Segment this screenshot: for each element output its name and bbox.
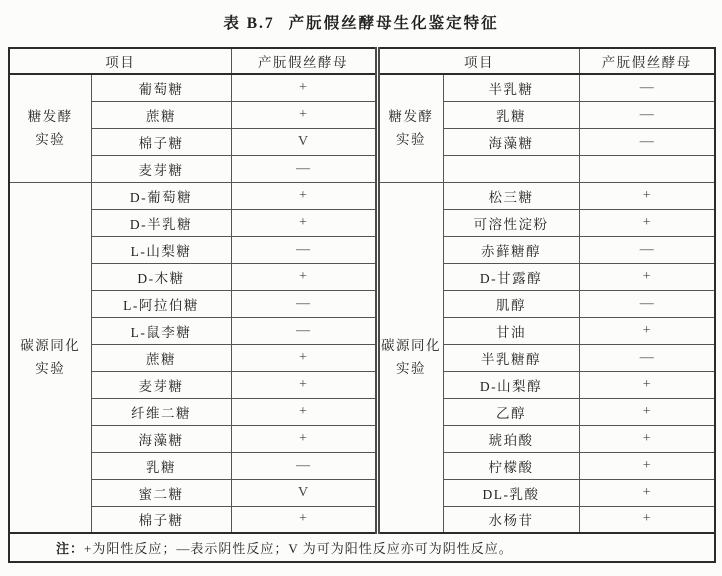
item-cell: 可溶性淀粉 — [443, 209, 579, 236]
item-cell: 松三糖 — [443, 182, 579, 209]
value-cell: — — [231, 155, 377, 182]
item-cell: 海藻糖 — [91, 425, 231, 452]
item-cell: L-鼠李糖 — [91, 317, 231, 344]
value-cell: + — [579, 452, 715, 479]
header-item-left: 项目 — [9, 48, 231, 74]
item-cell: 赤藓糖醇 — [443, 236, 579, 263]
header-strain-right: 产朊假丝酵母 — [579, 48, 715, 74]
item-cell: 水杨苷 — [443, 506, 579, 533]
value-cell: — — [231, 290, 377, 317]
value-cell: + — [579, 209, 715, 236]
value-cell: + — [579, 263, 715, 290]
value-cell: + — [579, 317, 715, 344]
item-cell: 棉子糖 — [91, 128, 231, 155]
value-cell: — — [231, 236, 377, 263]
table-row: 碳源同化 实验 D-葡萄糖 + 碳源同化 实验 松三糖 + — [9, 182, 715, 209]
table-row: 糖发酵 实验 葡萄糖 + 糖发酵 实验 半乳糖 — — [9, 74, 715, 101]
table-row: 麦芽糖 + D-山梨醇 + — [9, 371, 715, 398]
value-cell: V — [231, 128, 377, 155]
biochem-table: 项目 产朊假丝酵母 项目 产朊假丝酵母 糖发酵 实验 葡萄糖 + 糖发酵 实验 … — [8, 47, 716, 563]
item-cell-empty — [443, 155, 579, 182]
item-cell: D-葡萄糖 — [91, 182, 231, 209]
table-row: 棉子糖 + 水杨苷 + — [9, 506, 715, 533]
category-cell-assimilation-left: 碳源同化 实验 — [9, 182, 91, 533]
item-cell: 麦芽糖 — [91, 155, 231, 182]
table-row: 乳糖 — 柠檬酸 + — [9, 452, 715, 479]
item-cell: 蔗糖 — [91, 101, 231, 128]
item-cell: D-木糖 — [91, 263, 231, 290]
item-cell: D-山梨醇 — [443, 371, 579, 398]
table-row: 蔗糖 + 乳糖 — — [9, 101, 715, 128]
value-cell: + — [231, 371, 377, 398]
value-cell: + — [231, 398, 377, 425]
category-cell-assimilation-right: 碳源同化 实验 — [377, 182, 443, 533]
footnote-label: 注： — [56, 541, 84, 556]
table-row: D-半乳糖 + 可溶性淀粉 + — [9, 209, 715, 236]
item-cell: 蜜二糖 — [91, 479, 231, 506]
category-cell-fermentation-right: 糖发酵 实验 — [377, 74, 443, 182]
value-cell: V — [231, 479, 377, 506]
item-cell: 乳糖 — [443, 101, 579, 128]
item-cell: 甘油 — [443, 317, 579, 344]
value-cell: — — [231, 317, 377, 344]
item-cell: 柠檬酸 — [443, 452, 579, 479]
value-cell-empty — [579, 155, 715, 182]
table-row: 海藻糖 + 琥珀酸 + — [9, 425, 715, 452]
footnote: 注：+为阳性反应；—表示阴性反应；V 为可为阳性反应亦可为阴性反应。 — [9, 533, 715, 562]
item-cell: 葡萄糖 — [91, 74, 231, 101]
table-row: 蔗糖 + 半乳糖醇 — — [9, 344, 715, 371]
value-cell: + — [579, 425, 715, 452]
header-item-right: 项目 — [377, 48, 579, 74]
header-row: 项目 产朊假丝酵母 项目 产朊假丝酵母 — [9, 48, 715, 74]
item-cell: 纤维二糖 — [91, 398, 231, 425]
header-strain-left: 产朊假丝酵母 — [231, 48, 377, 74]
value-cell: + — [579, 182, 715, 209]
item-cell: 棉子糖 — [91, 506, 231, 533]
value-cell: — — [579, 290, 715, 317]
value-cell: + — [231, 209, 377, 236]
page-title: 表 B.7产朊假丝酵母生化鉴定特征 — [8, 8, 714, 33]
category-cell-fermentation-left: 糖发酵 实验 — [9, 74, 91, 182]
value-cell: + — [231, 425, 377, 452]
item-cell: 乳糖 — [91, 452, 231, 479]
table-row: L-鼠李糖 — 甘油 + — [9, 317, 715, 344]
item-cell: L-阿拉伯糖 — [91, 290, 231, 317]
item-cell: 麦芽糖 — [91, 371, 231, 398]
table-row: L-山梨糖 — 赤藓糖醇 — — [9, 236, 715, 263]
value-cell: + — [579, 398, 715, 425]
table-row: 纤维二糖 + 乙醇 + — [9, 398, 715, 425]
footnote-row: 注：+为阳性反应；—表示阴性反应；V 为可为阳性反应亦可为阴性反应。 — [9, 533, 715, 562]
item-cell: D-甘露醇 — [443, 263, 579, 290]
value-cell: — — [579, 128, 715, 155]
value-cell: + — [231, 74, 377, 101]
value-cell: + — [231, 506, 377, 533]
item-cell: 乙醇 — [443, 398, 579, 425]
value-cell: + — [579, 371, 715, 398]
document-page: 表 B.7产朊假丝酵母生化鉴定特征 项目 产朊假丝酵母 项目 产朊假丝酵母 糖发… — [0, 0, 722, 576]
value-cell: + — [231, 263, 377, 290]
value-cell: — — [231, 452, 377, 479]
item-cell: 半乳糖 — [443, 74, 579, 101]
table-row: 麦芽糖 — — [9, 155, 715, 182]
value-cell: — — [579, 236, 715, 263]
table-row: L-阿拉伯糖 — 肌醇 — — [9, 290, 715, 317]
item-cell: L-山梨糖 — [91, 236, 231, 263]
table-number: 表 B.7 — [223, 15, 274, 32]
item-cell: DL-乳酸 — [443, 479, 579, 506]
value-cell: + — [579, 479, 715, 506]
value-cell: + — [231, 344, 377, 371]
table-title-text: 产朊假丝酵母生化鉴定特征 — [289, 15, 499, 32]
table-row: 蜜二糖 V DL-乳酸 + — [9, 479, 715, 506]
value-cell: + — [231, 101, 377, 128]
item-cell: 海藻糖 — [443, 128, 579, 155]
value-cell: + — [579, 506, 715, 533]
value-cell: — — [579, 74, 715, 101]
value-cell: — — [579, 344, 715, 371]
value-cell: — — [579, 101, 715, 128]
footnote-text: +为阳性反应；—表示阴性反应；V 为可为阳性反应亦可为阴性反应。 — [84, 541, 513, 556]
item-cell: 半乳糖醇 — [443, 344, 579, 371]
item-cell: 蔗糖 — [91, 344, 231, 371]
item-cell: 肌醇 — [443, 290, 579, 317]
item-cell: D-半乳糖 — [91, 209, 231, 236]
table-row: D-木糖 + D-甘露醇 + — [9, 263, 715, 290]
table-row: 棉子糖 V 海藻糖 — — [9, 128, 715, 155]
item-cell: 琥珀酸 — [443, 425, 579, 452]
value-cell: + — [231, 182, 377, 209]
